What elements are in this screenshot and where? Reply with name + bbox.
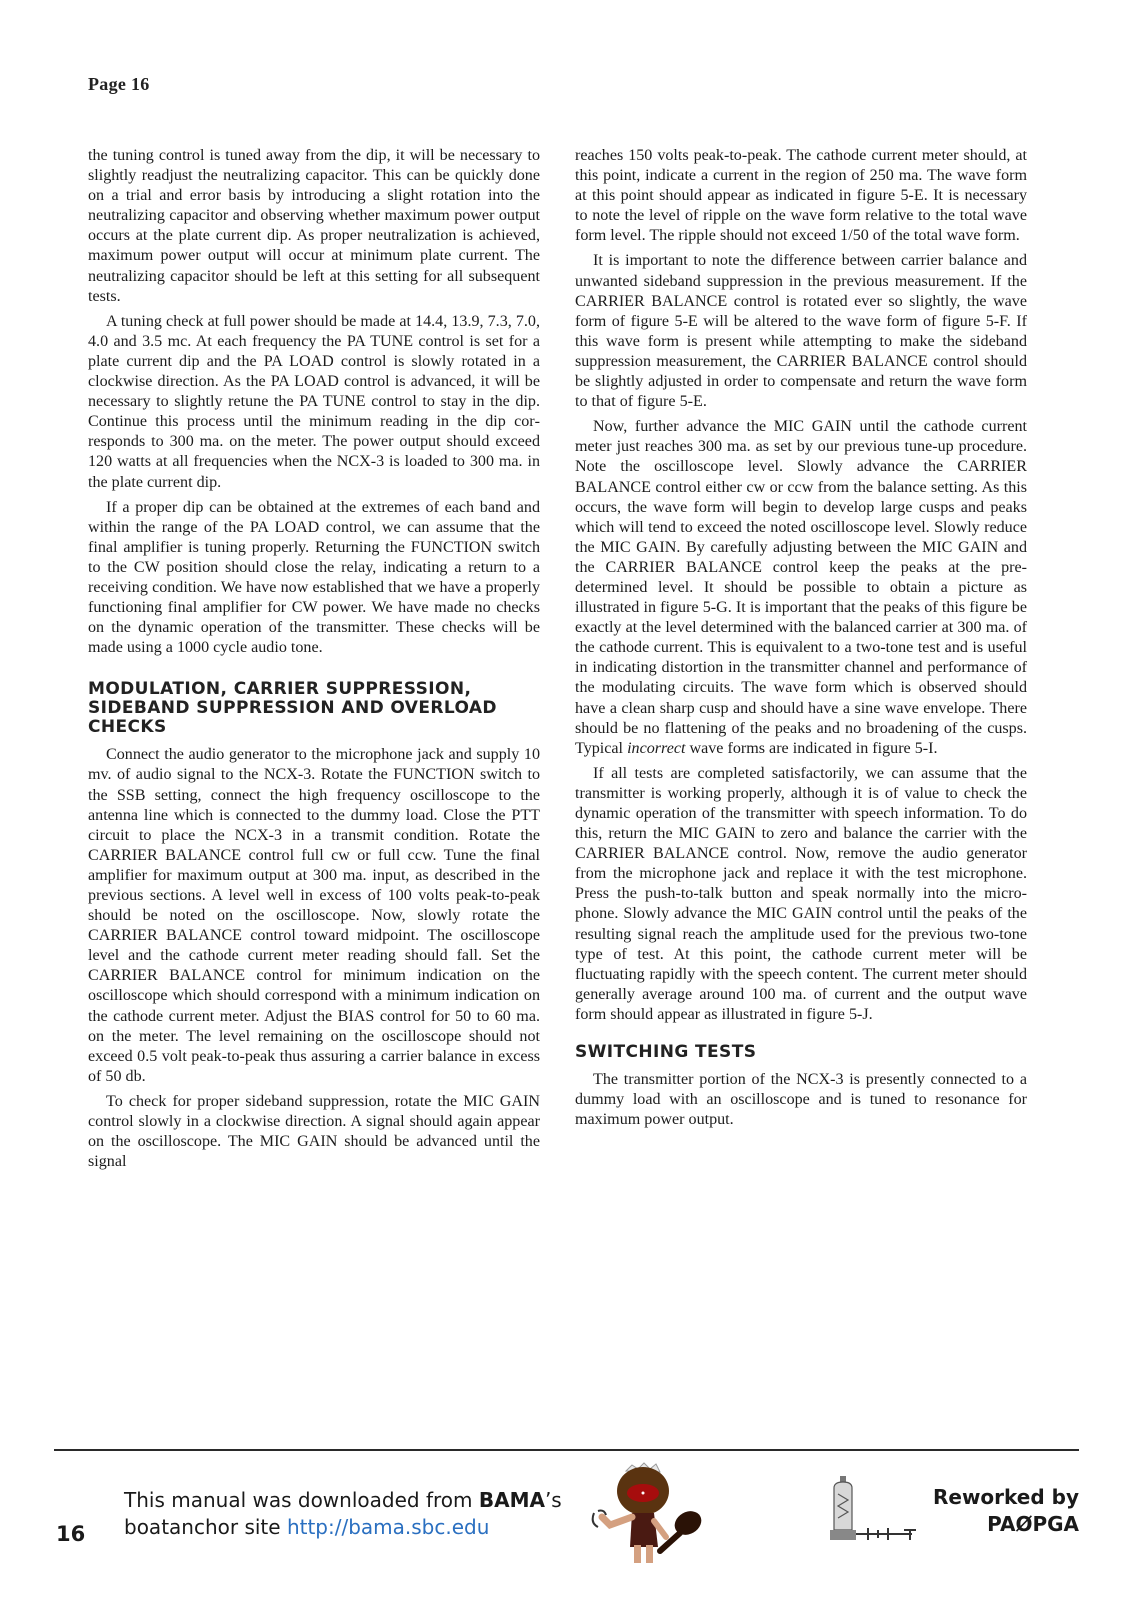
note-text: boatanchor site <box>124 1515 287 1539</box>
section-heading-modulation: MODULATION, CARRIER SUPPRESSION, SIDEBAN… <box>88 680 540 737</box>
italic-word: incorrect <box>627 740 685 757</box>
paragraph: reaches 150 volts peak-to-peak. The cath… <box>575 146 1027 246</box>
footer-divider <box>54 1449 1079 1451</box>
paragraph: To check for proper sideband suppression… <box>88 1092 540 1172</box>
paragraph-text: Now, further advance the MIC GAIN until … <box>575 418 1027 757</box>
note-text: ’s <box>545 1488 562 1512</box>
right-column: reaches 150 volts peak-to-peak. The cath… <box>575 146 1027 1135</box>
paragraph: If all tests are completed satisfactoril… <box>575 764 1027 1025</box>
brand-name: BAMA <box>479 1488 545 1512</box>
paragraph-text: wave forms are indicated in figure 5-I. <box>690 740 938 757</box>
paragraph: Connect the audio generator to the micro… <box>88 745 540 1087</box>
download-note: This manual was downloaded from BAMA’s b… <box>124 1487 562 1541</box>
paragraph: It is important to note the difference b… <box>575 251 1027 412</box>
note-text: This manual was downloaded from <box>124 1488 479 1512</box>
section-heading-switching-tests: SWITCHING TESTS <box>575 1043 1027 1062</box>
paragraph: A tuning check at full power should be m… <box>88 312 540 493</box>
vacuum-tube-icon <box>826 1474 926 1544</box>
footer-page-number: 16 <box>56 1522 85 1546</box>
left-column: the tuning control is tuned away from th… <box>88 146 540 1177</box>
rework-line: Reworked by <box>933 1484 1079 1511</box>
paragraph: The transmitter portion of the NCX-3 is … <box>575 1070 1027 1130</box>
rework-author: PAØPGA <box>933 1511 1079 1538</box>
paragraph: the tuning control is tuned away from th… <box>88 146 540 307</box>
bama-link[interactable]: http://bama.sbc.edu <box>287 1515 489 1539</box>
caveman-mascot-icon <box>588 1455 708 1563</box>
rework-credit: Reworked by PAØPGA <box>933 1484 1079 1538</box>
paragraph: If a proper dip can be obtained at the e… <box>88 498 540 659</box>
paragraph: Now, further advance the MIC GAIN until … <box>575 417 1027 759</box>
running-head: Page 16 <box>88 74 150 95</box>
